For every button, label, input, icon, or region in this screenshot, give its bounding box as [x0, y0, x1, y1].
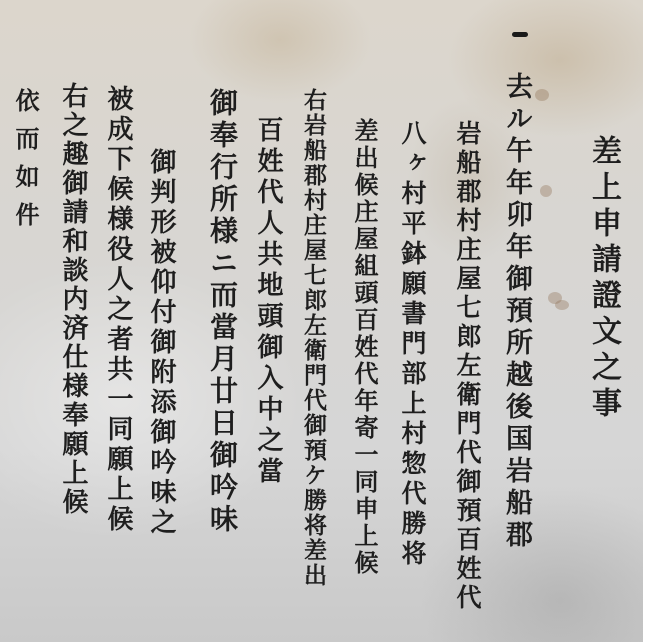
ink-stain	[535, 89, 549, 101]
doc-column-9: 御判形被仰付御附添御吟味之	[148, 148, 174, 538]
doc-column-3: 岩船郡村庄屋七郎左衛門代御預百姓代	[455, 120, 480, 613]
doc-column-4: 八ヶ村平鉢願書門部上村惣代勝将	[400, 120, 425, 570]
ink-stain	[540, 185, 552, 197]
item-marker	[512, 32, 528, 37]
doc-column-7: 百姓代人共地頭御入中之當	[255, 116, 281, 488]
doc-column-2: 去ル午年卯年御預所越後国岩船郡	[503, 72, 530, 552]
ink-stain	[555, 300, 569, 310]
doc-column-1-title: 差上申請證文之事	[588, 135, 618, 423]
doc-column-8: 御奉行所様ニ而當月廿日御吟味	[208, 88, 236, 536]
doc-column-5: 差出候庄屋組頭百姓代年寄一同申上候	[352, 118, 376, 577]
doc-column-10: 被成下候様役人之者共一同願上候	[105, 85, 131, 535]
document-paper: 差上申請證文之事 去ル午年卯年御預所越後国岩船郡 岩船郡村庄屋七郎左衛門代御預百…	[0, 0, 643, 642]
doc-column-6: 右岩船郡村庄屋七郎左衛門代御預ケ勝将差出	[302, 88, 325, 588]
doc-column-12: 依而如件	[13, 88, 37, 240]
doc-column-11: 右之趣御請和談内済仕様奉願上候	[60, 82, 86, 517]
